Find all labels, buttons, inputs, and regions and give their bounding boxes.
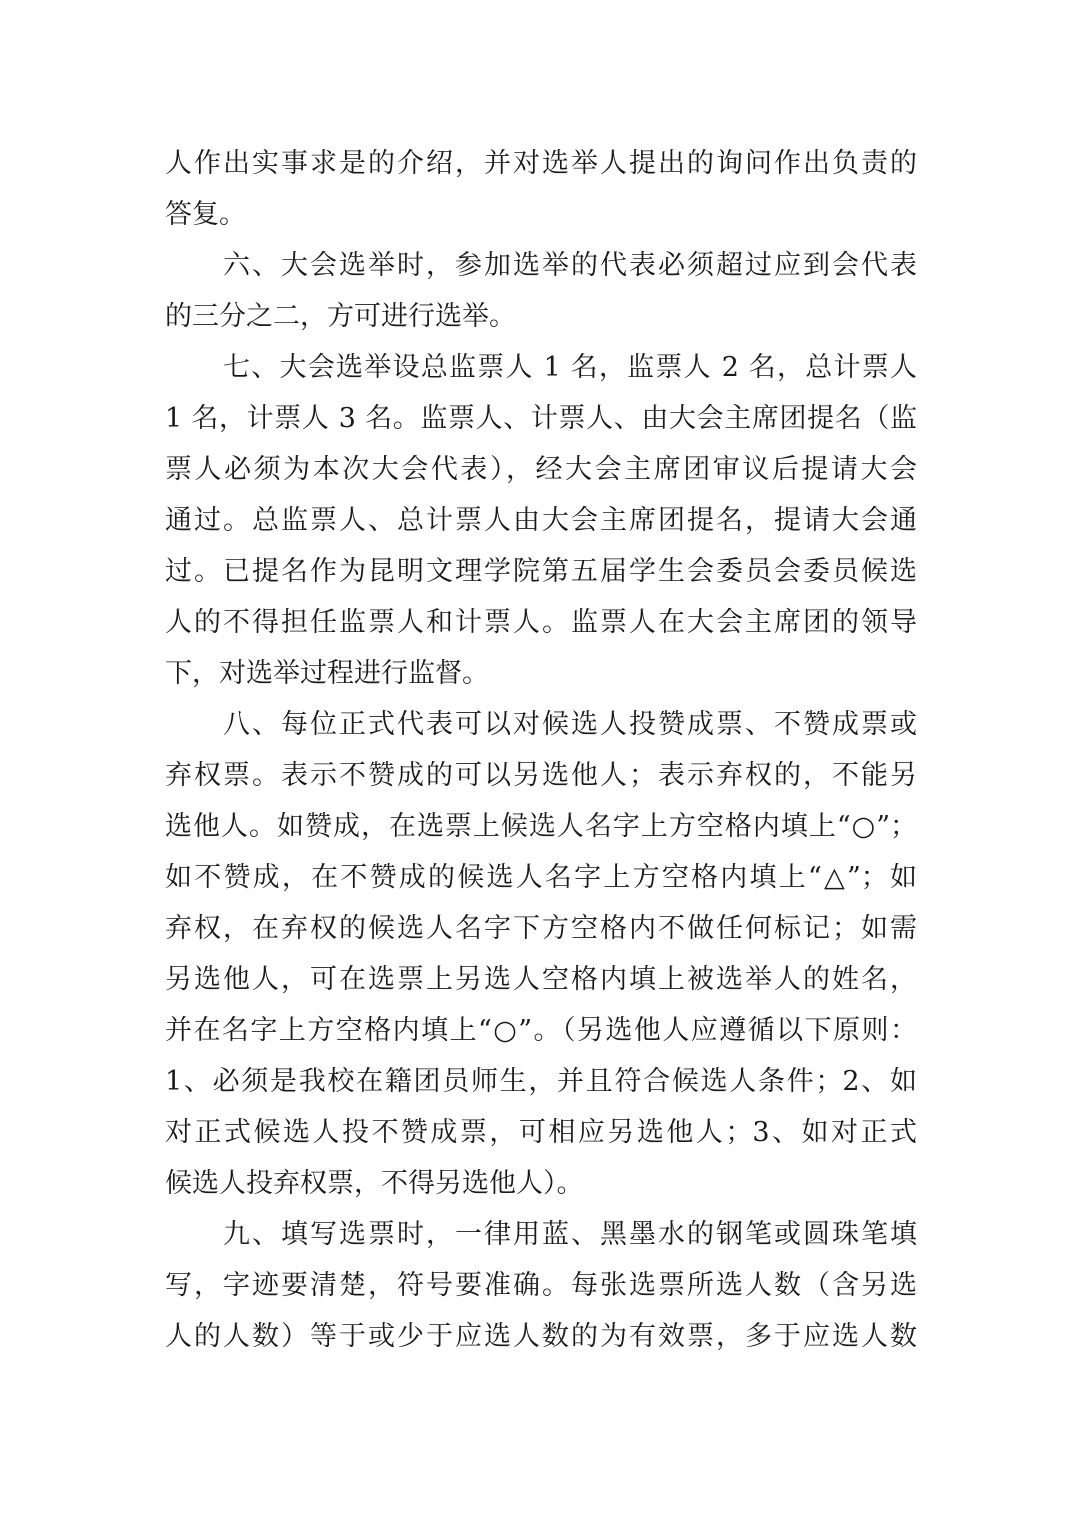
document-page: 人作出实事求是的介绍，并对选举人提出的询问作出负责的 答复。 六、大会选举时，参… <box>165 138 917 1362</box>
text-line: 人的不得担任监票人和计票人。监票人在大会主席团的领导 <box>165 597 917 648</box>
paragraph-item-8: 八、每位正式代表可以对候选人投赞成票、不赞成票或 弃权票。表示不赞成的可以另选他… <box>165 699 917 1209</box>
text-line: 如不赞成，在不赞成的候选人名字上方空格内填上“△”；如 <box>165 852 917 903</box>
text-line: 答复。 <box>165 189 917 240</box>
text-line: 六、大会选举时，参加选举的代表必须超过应到会代表 <box>165 240 917 291</box>
text-line: 1 名，计票人 3 名。监票人、计票人、由大会主席团提名（监 <box>165 393 917 444</box>
text-line: 写，字迹要清楚，符号要准确。每张选票所选人数（含另选 <box>165 1260 917 1311</box>
text-line: 并在名字上方空格内填上“○”。（另选他人应遵循以下原则： <box>165 1005 917 1056</box>
text-line: 弃权，在弃权的候选人名字下方空格内不做任何标记；如需 <box>165 903 917 954</box>
text-line: 票人必须为本次大会代表），经大会主席团审议后提请大会 <box>165 444 917 495</box>
text-line: 选他人。如赞成，在选票上候选人名字上方空格内填上“○”； <box>165 801 917 852</box>
text-line: 的三分之二，方可进行选举。 <box>165 291 917 342</box>
text-line: 弃权票。表示不赞成的可以另选他人；表示弃权的，不能另 <box>165 750 917 801</box>
paragraph-item-9: 九、填写选票时，一律用蓝、黑墨水的钢笔或圆珠笔填 写，字迹要清楚，符号要准确。每… <box>165 1209 917 1362</box>
text-line: 通过。总监票人、总计票人由大会主席团提名，提请大会通 <box>165 495 917 546</box>
text-line: 另选他人，可在选票上另选人空格内填上被选举人的姓名， <box>165 954 917 1005</box>
text-line: 八、每位正式代表可以对候选人投赞成票、不赞成票或 <box>165 699 917 750</box>
text-line: 候选人投弃权票，不得另选他人）。 <box>165 1158 917 1209</box>
text-line: 人作出实事求是的介绍，并对选举人提出的询问作出负责的 <box>165 138 917 189</box>
text-line: 人的人数）等于或少于应选人数的为有效票，多于应选人数 <box>165 1311 917 1362</box>
text-line: 对正式候选人投不赞成票，可相应另选他人；3、如对正式 <box>165 1107 917 1158</box>
text-line: 1、必须是我校在籍团员师生，并且符合候选人条件；2、如 <box>165 1056 917 1107</box>
text-line: 过。已提名作为昆明文理学院第五届学生会委员会委员候选 <box>165 546 917 597</box>
text-line: 七、大会选举设总监票人 1 名，监票人 2 名，总计票人 <box>165 342 917 393</box>
text-line: 九、填写选票时，一律用蓝、黑墨水的钢笔或圆珠笔填 <box>165 1209 917 1260</box>
paragraph-item-7: 七、大会选举设总监票人 1 名，监票人 2 名，总计票人 1 名，计票人 3 名… <box>165 342 917 699</box>
paragraph-item-6: 六、大会选举时，参加选举的代表必须超过应到会代表 的三分之二，方可进行选举。 <box>165 240 917 342</box>
paragraph-continued: 人作出实事求是的介绍，并对选举人提出的询问作出负责的 答复。 <box>165 138 917 240</box>
text-line: 下，对选举过程进行监督。 <box>165 648 917 699</box>
